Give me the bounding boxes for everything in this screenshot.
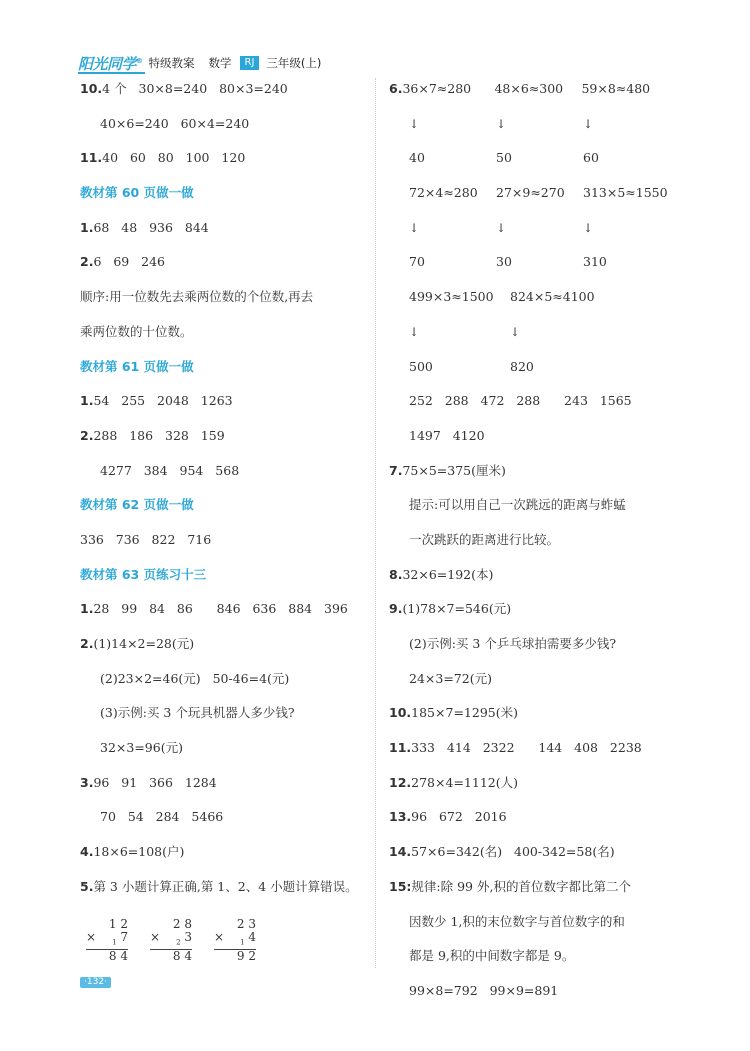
answer-p63-4: 4.18×6=108(户) — [80, 841, 365, 876]
answer-10-cont: 40×6=240 60×4=240 — [80, 113, 365, 148]
rounded-value: 500 — [409, 356, 510, 378]
answer-text: 第 3 小题计算正确,第 1、2、4 小题计算错误。 — [93, 876, 357, 898]
rounded-value: 820 — [510, 356, 534, 378]
answer-text: 6 69 246 — [93, 251, 165, 273]
answer-11-right: 11.333 414 2322 144 408 2238 — [389, 737, 689, 772]
item-number: 2. — [80, 425, 93, 447]
answer-15-line3: 都是 9,积的中间数字都是 9。 — [389, 945, 689, 980]
answer-6-row1: 6.36×7≈28048×6≈30059×8≈480 — [389, 78, 689, 113]
answer-text: 278×4=1112(人) — [411, 772, 518, 794]
answer-p60-2: 2.6 69 246 — [80, 251, 365, 286]
down-arrow-icon: ↓ — [583, 217, 593, 239]
estimate: 36×7≈280 — [402, 78, 494, 100]
item-number: 9. — [389, 598, 402, 620]
answer-10: 10.4 个 30×8=240 80×3=240 — [80, 78, 365, 113]
answer-text: 4 个 30×8=240 80×3=240 — [102, 78, 288, 100]
section-title-p60: 教材第 60 页做一做 — [80, 182, 365, 217]
answer-p61-1: 1.54 255 2048 1263 — [80, 390, 365, 425]
multiplier: 7 — [120, 930, 128, 944]
calc-result: 8 4 — [150, 950, 192, 963]
answer-15: 15:规律:除 99 外,积的首位数字都比第二个 — [389, 876, 689, 911]
item-number: 2. — [80, 633, 93, 655]
down-arrow-icon: ↓ — [496, 113, 583, 135]
rounded-value: 40 — [409, 147, 496, 169]
item-number: 11. — [389, 737, 411, 759]
answer-p63-1: 1.28 99 84 86 846 636 884 396 — [80, 598, 365, 633]
logo-text: 阳光同学 — [78, 55, 136, 73]
answer-p63-2: 2.(1)14×2=28(元) — [80, 633, 365, 668]
answer-10-right: 10.185×7=1295(米) — [389, 702, 689, 737]
carry-digit: 1 — [112, 938, 116, 946]
answer-p63-2-part3: (3)示例:买 3 个玩具机器人多少钱? — [80, 702, 365, 737]
item-number: 12. — [389, 772, 411, 794]
rounded-value: 310 — [583, 251, 607, 273]
answer-text: 75×5=375(厘米) — [402, 460, 505, 482]
answer-6-extra1: 252 288 472 288 243 1565 — [389, 390, 689, 425]
registered-mark: ® — [136, 57, 143, 65]
answer-12: 12.278×4=1112(人) — [389, 772, 689, 807]
answer-p61-2: 2.288 186 328 159 — [80, 425, 365, 460]
answer-text: 54 255 2048 1263 — [93, 390, 232, 412]
answer-p63-2-part2: (2)23×2=46(元) 50-46=4(元) — [80, 668, 365, 703]
calc-operator-row: ×2 3 — [150, 931, 192, 950]
subject-label: 数学 — [209, 55, 232, 71]
calc-result: 9 2 — [214, 950, 256, 963]
answer-6-row2b: 7030310 — [389, 251, 689, 286]
vertical-calc-3: 2 3 ×1 4 9 2 — [214, 918, 256, 963]
grade-label: 三年级(上) — [266, 55, 321, 71]
estimate: 72×4≈280 — [409, 182, 496, 204]
column-divider — [375, 78, 376, 968]
down-arrow-icon: ↓ — [510, 321, 520, 343]
answer-15-line4: 99×8=792 99×9=891 — [389, 980, 689, 1015]
rounded-value: 50 — [496, 147, 583, 169]
carry-digit: 2 — [176, 938, 180, 946]
multiplier: 4 — [248, 930, 256, 944]
answer-text: 32×6=192(本) — [402, 564, 493, 586]
item-number: 6. — [389, 78, 402, 100]
down-arrow-icon: ↓ — [409, 217, 496, 239]
item-number: 3. — [80, 772, 93, 794]
answer-11: 11.40 60 80 100 120 — [80, 147, 365, 182]
note-line-1: 顺序:用一位数先去乘两位数的个位数,再去 — [80, 286, 365, 321]
calc-operator-row: ×1 7 — [86, 931, 128, 950]
answer-text: 185×7=1295(米) — [411, 702, 518, 724]
down-arrow-icon: ↓ — [496, 217, 583, 239]
down-arrow-icon: ↓ — [409, 321, 510, 343]
multiplier: 3 — [184, 930, 192, 944]
vertical-calculations: 1 2 ×1 7 8 4 2 8 ×2 3 8 4 2 3 ×1 4 9 2 — [86, 918, 256, 963]
item-number: 15: — [389, 876, 411, 898]
answer-7: 7.75×5=375(厘米) — [389, 460, 689, 495]
estimate: 824×5≈4100 — [510, 286, 595, 308]
section-title-p61: 教材第 61 页做一做 — [80, 356, 365, 391]
answer-text: 40 60 80 100 120 — [102, 147, 245, 169]
answer-6-row1b: 405060 — [389, 147, 689, 182]
down-arrow-icon: ↓ — [409, 113, 496, 135]
note-line-2: 乘两位数的十位数。 — [80, 321, 365, 356]
answer-text: 96 672 2016 — [411, 806, 506, 828]
answer-p63-3-cont: 70 54 284 5466 — [80, 806, 365, 841]
answer-text: 288 186 328 159 — [93, 425, 224, 447]
vertical-calc-2: 2 8 ×2 3 8 4 — [150, 918, 192, 963]
answer-15-line2: 因数少 1,积的末位数字与首位数字的和 — [389, 911, 689, 946]
answer-13: 13.96 672 2016 — [389, 806, 689, 841]
answer-text: 57×6=342(名) 400-342=58(名) — [411, 841, 614, 863]
answer-8: 8.32×6=192(本) — [389, 564, 689, 599]
answer-text: 333 414 2322 144 408 2238 — [411, 737, 642, 759]
item-number: 8. — [389, 564, 402, 586]
answer-7-hint1: 提示:可以用自己一次跳远的距离与蚱蜢 — [389, 494, 689, 529]
item-number: 1. — [80, 598, 93, 620]
rounded-value: 70 — [409, 251, 496, 273]
estimate: 313×5≈1550 — [583, 182, 668, 204]
item-number: 11. — [80, 147, 102, 169]
answer-p63-5: 5.第 3 小题计算正确,第 1、2、4 小题计算错误。 — [80, 876, 365, 911]
item-number: 4. — [80, 841, 93, 863]
item-number: 13. — [389, 806, 411, 828]
answer-14: 14.57×6=342(名) 400-342=58(名) — [389, 841, 689, 876]
down-arrow-icon: ↓ — [583, 113, 593, 135]
rounded-value: 30 — [496, 251, 583, 273]
answer-text: 18×6=108(户) — [93, 841, 184, 863]
page-number: ·132· — [80, 977, 111, 988]
item-number: 10. — [80, 78, 102, 100]
answer-p60-1: 1.68 48 936 844 — [80, 217, 365, 252]
estimate: 499×3≈1500 — [409, 286, 510, 308]
left-column: 10.4 个 30×8=240 80×3=240 40×6=240 60×4=2… — [80, 78, 365, 911]
answer-7-hint2: 一次跳跃的距离进行比较。 — [389, 529, 689, 564]
arrow-row-1: ↓↓↓ — [389, 113, 689, 148]
item-number: 5. — [80, 876, 93, 898]
arrow-row-2: ↓↓↓ — [389, 217, 689, 252]
multiply-sign: × — [150, 931, 160, 949]
answer-p62: 336 736 822 716 — [80, 529, 365, 564]
answer-6-extra2: 1497 4120 — [389, 425, 689, 460]
answer-text: (1)14×2=28(元) — [93, 633, 194, 655]
answer-9-part3: 24×3=72(元) — [389, 668, 689, 703]
answer-p63-3: 3.96 91 366 1284 — [80, 772, 365, 807]
series-title: 特级教案 — [149, 55, 195, 71]
multiply-sign: × — [214, 931, 224, 949]
item-number: 2. — [80, 251, 93, 273]
item-number: 7. — [389, 460, 402, 482]
answer-p63-2-part4: 32×3=96(元) — [80, 737, 365, 772]
item-number: 1. — [80, 217, 93, 239]
edition-badge: RJ — [240, 56, 260, 70]
estimate: 27×9≈270 — [496, 182, 583, 204]
multiply-sign: × — [86, 931, 96, 949]
answer-6-row3b: 500820 — [389, 356, 689, 391]
answer-text: 规律:除 99 外,积的首位数字都比第二个 — [411, 876, 631, 898]
page-header: 阳光同学® 特级教案 数学 RJ 三年级(上) — [78, 52, 321, 74]
section-title-p62: 教材第 62 页做一做 — [80, 494, 365, 529]
estimate: 48×6≈300 — [494, 78, 581, 100]
answer-p61-2-cont: 4277 384 954 568 — [80, 460, 365, 495]
section-title-p63: 教材第 63 页练习十三 — [80, 564, 365, 599]
answer-text: 96 91 366 1284 — [93, 772, 216, 794]
arrow-row-3: ↓↓ — [389, 321, 689, 356]
answer-text: 28 99 84 86 846 636 884 396 — [93, 598, 347, 620]
item-number: 10. — [389, 702, 411, 724]
calc-operator-row: ×1 4 — [214, 931, 256, 950]
estimate: 59×8≈480 — [581, 78, 650, 100]
answer-text: (1)78×7=546(元) — [402, 598, 511, 620]
answer-text: 68 48 936 844 — [93, 217, 208, 239]
item-number: 14. — [389, 841, 411, 863]
vertical-calc-1: 1 2 ×1 7 8 4 — [86, 918, 128, 963]
brand-logo: 阳光同学® — [78, 53, 145, 74]
answer-6-row3: 499×3≈1500824×5≈4100 — [389, 286, 689, 321]
item-number: 1. — [80, 390, 93, 412]
carry-digit: 1 — [240, 938, 244, 946]
answer-9-part2: (2)示例:买 3 个乒乓球拍需要多少钱? — [389, 633, 689, 668]
calc-result: 8 4 — [86, 950, 128, 963]
rounded-value: 60 — [583, 147, 599, 169]
answer-9: 9.(1)78×7=546(元) — [389, 598, 689, 633]
right-column: 6.36×7≈28048×6≈30059×8≈480 ↓↓↓ 405060 72… — [389, 78, 689, 1015]
answer-6-row2: 72×4≈28027×9≈270313×5≈1550 — [389, 182, 689, 217]
